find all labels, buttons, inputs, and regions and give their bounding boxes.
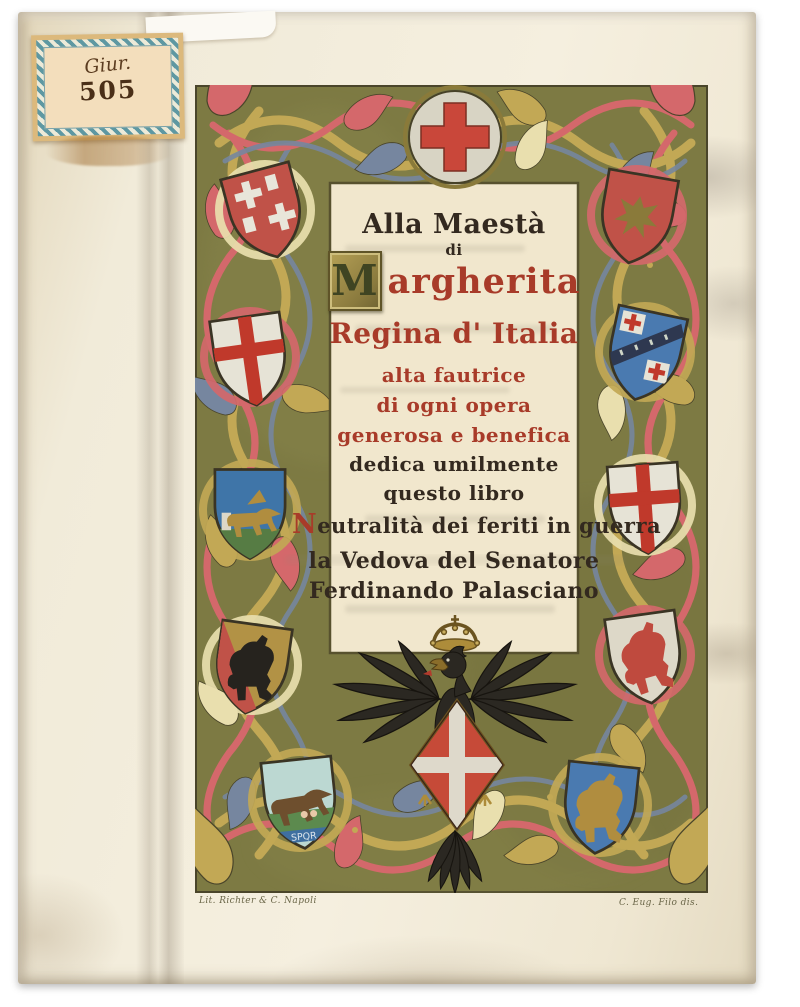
lithographer-credit: Lit. Richter & C. Napoli bbox=[199, 896, 317, 906]
spine-label-face: Giur. 505 bbox=[43, 45, 172, 129]
book-title-initial: N bbox=[292, 509, 317, 540]
tape-stain bbox=[46, 136, 172, 166]
dedication-name-rest: argherita bbox=[388, 261, 581, 302]
red-cross-medallion bbox=[405, 87, 505, 187]
dedication-salutation: Alla Maestà bbox=[308, 209, 600, 240]
spine-label-number: 505 bbox=[44, 73, 171, 109]
dedicator-line-2: Ferdinando Palasciano bbox=[308, 578, 600, 604]
book-title: Neutralità dei feriti in guerra bbox=[292, 509, 616, 540]
dedicator-line-1: la Vedova del Senatore bbox=[308, 548, 600, 574]
decorative-plate: SPQR bbox=[195, 85, 708, 893]
book-cover: Giur. 505 bbox=[18, 12, 756, 984]
illuminated-initial-m: M bbox=[328, 251, 382, 311]
dedication-dedica-1: dedica umilmente bbox=[308, 452, 600, 476]
dedication-epithet-2: di ogni opera bbox=[308, 393, 600, 417]
dedication-epithet-1: alta fautrice bbox=[308, 363, 600, 387]
dedication-dedica-2: questo libro bbox=[308, 481, 600, 505]
spine-label-border: Giur. 505 bbox=[36, 38, 180, 136]
book-title-rest: eutralità dei feriti in guerra bbox=[317, 513, 661, 538]
photo-background: Giur. 505 bbox=[0, 0, 800, 1007]
artist-credit: C. Eug. Filo dis. bbox=[619, 898, 698, 908]
dedication-royal-title: Regina d' Italia bbox=[308, 317, 600, 350]
dedication-epithet-3: generosa e benefica bbox=[308, 423, 600, 447]
dedication-name-row: M argherita bbox=[308, 251, 600, 311]
spine-label: Giur. 505 bbox=[31, 33, 185, 142]
